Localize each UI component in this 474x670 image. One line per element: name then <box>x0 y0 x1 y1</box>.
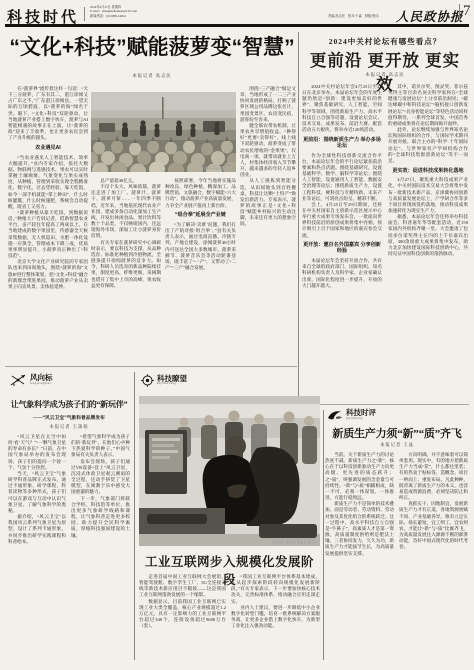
paragraph: 不仅个头大、风味浓郁，菠萝还走进了加工厂。菠萝汁、菠萝干、菠萝月饼……一年四季不… <box>91 184 161 239</box>
weather-headline: 让气象科学成为孩子们的“新玩伴” <box>7 399 131 410</box>
commentary-logo-subtitle: kejishiping <box>346 418 376 421</box>
weather-logo-subtitle: fengxiangbiao <box>30 383 53 386</box>
paragraph: 2024中关村论坛年会4月25日至29日在北京举办。本届论坛年会的年度主题仍然是… <box>302 84 382 133</box>
paragraph: “希望气象科学成为孩子们的‘新玩伴’，在他们心中种下热爱科学的种子。”中国气象局… <box>71 434 130 459</box>
paragraph: 此外，论坛继续加强与世界知名论坛和国际组织的合作，与国际学术期刊开展对接，联合主… <box>388 127 468 164</box>
industry-photo-caption: 观众在体验智能驾驶模拟舱 <box>273 539 317 544</box>
pineapple-column-4: 围绕“三产融合”做足文章，当地形成了一二三产业协同发展的格局，打响了菠萝区域公用… <box>240 86 296 364</box>
subheading: 农业遇见AI <box>8 145 88 151</box>
industry-photo-art <box>139 396 320 546</box>
forum-column-1: 2024中关村论坛年会4月25日至29日在北京举办。本届论坛年会的年度主题仍然是… <box>302 84 382 400</box>
commentary-column-2: 方向明确，并不意味着可以简单套用。现实中，有的地方把新质生产力当成“筐”，什么都… <box>399 452 468 660</box>
newspaper-page: 科技时代 2024年4月25日 星期四 E-mail：shengkezhouka… <box>0 0 474 670</box>
subheading: 更前沿：围绕新质生产力 举办多场论坛 <box>302 137 382 149</box>
header-rule <box>5 24 469 27</box>
pineapple-column-3: 按照部署，今年当地将实施品种改良、绿色种植、精深加工、品牌营销、文旅融合、数字赋… <box>165 178 236 364</box>
paragraph: 走进首届中国工业互联网大会展馆，智能驾驶舱、数字孪生工厂、5G全连接产线等新技术… <box>139 574 226 599</box>
commentary-section-logo: 科技时评 kejishiping <box>327 409 376 421</box>
paragraph: 当前，关于新质生产力的讨论热度不减。新质生产力之“新”，核心在于以科技创新驱动生… <box>325 452 394 501</box>
paragraph: 当天，“风云卫宝”气象研学科普品牌正式发布。通过卡通形象、研学课程、科普读物等多… <box>8 471 66 514</box>
subheading: 更实效：促进科技成果转化落地 <box>388 168 468 174</box>
bottom-vertical-rule-2 <box>323 410 324 660</box>
windvane-icon <box>10 373 27 387</box>
paragraph: 业内人士建议，要进一步降低中小企业数字化转型门槛，培育一批系统解决方案服务商，让… <box>231 605 320 630</box>
paragraph: “为了解决‘卖难’问题，我们打出了产销对接‘组合拳’。”县有关负责人表示，通过电… <box>165 222 236 271</box>
commentary-column-1: 当前，关于新质生产力的讨论热度不减。新质生产力之“新”，核心在于以科技创新驱动生… <box>325 452 394 660</box>
paragraph: 其中，诺贝尔奖、图灵奖、菲尔兹奖得主等百余名顶尖科学家将在“全球健康与发展论坛”… <box>388 84 468 127</box>
pineapple-column-1: 在“菠萝界”流传着这样一句话：“天下三分菠萝，广东有其二，湛江徐闻又占广东之半。… <box>8 86 88 364</box>
paragraph: 数据显示，目前我国工业互联网已实现工业大类全覆盖，核心产业规模超过1.2万亿元，… <box>139 599 226 630</box>
editors-line: 责编/高志民 校对/于淼 制版/张伟 <box>328 13 406 18</box>
forum-kicker: 2024中关村论坛有哪些看点？ <box>302 36 468 47</box>
forum-byline: 本报记者 高志民 <box>302 72 468 78</box>
subheading: 更开放：邀百名外国嘉宾 分享创新经验 <box>302 242 382 254</box>
paragraph: 据悉，本届论坛年会还将举办科技庙会、科普嘉年华等配套活动，近150家国内外机构齐… <box>388 214 468 257</box>
industry-section-logo: 科技瞭望 kejiliaowang <box>141 374 187 387</box>
paragraph: “当农业遇见人工智能技术，效率大幅提升。”业内专家介绍，依托大数据、物联网与遥感… <box>8 155 88 210</box>
commentary-logo-title: 科技时评 <box>346 409 376 417</box>
pagenum-divider <box>459 4 460 21</box>
telescope-icon <box>141 374 154 387</box>
pineapple-photo-caption: 果农在田间采收菠萝 <box>200 165 233 170</box>
industry-logo-title: 科技瞭望 <box>157 375 187 383</box>
paragraph: 4月27日，聚焦重大科技成果产业化，中关村国际技术交易大会将集中发布一批新技术新… <box>388 177 468 214</box>
bottom-vertical-rule-1 <box>134 372 135 660</box>
paragraph: 北京大学文化产业研究院的专家团队也来到田间地头，围绕“菠萝的海”文旅IP进行整体… <box>8 259 88 290</box>
paragraph: 发布会现场，孩子们通过VR设备“登上”风云卫星，沉浸式体验卫星观云测雨的全过程，… <box>71 459 130 496</box>
industry-photo: 观众在体验智能驾驶模拟舱 <box>139 396 320 546</box>
paragraph: 真抓实干、因地制宜，发展新质生产力才有正道。各地资源禀赋不同、产业基础各异，唯有… <box>399 501 468 550</box>
commentary-headline: 新质生产力须“新”“质”齐飞 <box>325 425 469 441</box>
weather-column-2: “希望气象科学成为孩子们的‘新玩伴’，在他们心中种下热爱科学的种子。”中国气象局… <box>71 434 130 658</box>
paragraph: 作为全球性科技创新交流合作平台，本届论坛年会的平行论坛紧扣前沿要素和热点话题。围… <box>302 153 382 202</box>
pineapple-headline: “文化+科技”赋能菠萝变“智慧” <box>8 31 296 61</box>
paragraph: 按照部署，今年当地将实施品种改良、绿色种植、精深加工、品牌营销、文旅融合、数字赋… <box>165 178 236 209</box>
commentary-byline: 本报记者 王晶 <box>325 442 469 448</box>
industry-column-2: “我国工业互联网平台体系基本建成，正从起步探索阶段转向规模化发展新阶段。”有关专… <box>231 574 320 660</box>
weather-byline: 本报记者 王菡娟 <box>8 424 130 430</box>
paragraph: “风云卫星在太空中如何‘看’天气？”“一颗气象卫星的寿命有多长？”日前，在中国气… <box>8 434 66 471</box>
left-horizontal-rule <box>5 366 297 367</box>
paragraph: 新质生产力不是简单的技术叠加，而是劳动者、劳动资料、劳动对象及其优化组合的系统跃… <box>325 501 394 556</box>
forum-column-2: 其中，诺贝尔奖、图灵奖、菲尔兹奖得主等百余名顶尖科学家将在“全球健康与发展论坛”… <box>388 84 468 400</box>
paragraph: 会上，4月25日至29日期间，还将在中关村国家自主创新示范区展示中心举行重大成果… <box>302 202 382 239</box>
industry-column-1: 走进首届中国工业互联网大会展馆，智能驾驶舱、数字孪生工厂、5G全连接产线等新技术… <box>139 574 226 660</box>
paragraph: 有关专家在菠萝研究中心调研时表示，要以科技为支撑，从品种选育、标准化种植到冷链物… <box>91 240 161 289</box>
main-vertical-rule <box>298 32 299 404</box>
subheading: “组合拳”延展全产业链 <box>165 212 236 218</box>
paragraph: 健全联农带农机制，让果农共享增值收益。“种得好”更要“卖得好”，线上线下双轮驱动… <box>240 123 296 178</box>
page-number: 7 <box>463 3 471 20</box>
header-info: 2024年4月25日 星期四 E-mail：shengkezhoukan@163… <box>90 5 250 18</box>
phone-line: 新闻热线：(010)88144064 <box>90 14 250 18</box>
header-divider <box>84 7 85 21</box>
paragraph: 下一步，气象部门将联合学校、科技馆等单位，推出更多气象研学线路和课程，让气象科普… <box>71 496 130 539</box>
weather-column-1: “风云卫星在太空中如何‘看’天气？”“一颗气象卫星的寿命有多长？”日前，在中国气… <box>8 434 66 658</box>
weather-logo-title: 风向标 <box>30 374 53 382</box>
weather-subtitle: ——“风云卫宝”气象科普品牌发布 <box>8 414 130 421</box>
paragraph: 围绕“三产融合”做足文章，当地形成了一二三产业协同发展的格局，打响了菠萝区域公用… <box>240 86 296 123</box>
paragraph: “我国工业互联网平台体系基本建成，正从起步探索阶段转向规模化发展新阶段。”有关专… <box>231 574 320 605</box>
right-horizontal-rule <box>302 404 469 405</box>
pineapple-photo: 果农在田间采收菠萝 <box>91 92 236 172</box>
industry-logo-subtitle: kejiliaowang <box>157 383 187 386</box>
pineapple-byline: 本报记者 高志民 <box>8 73 296 79</box>
commentary-icon <box>327 409 343 421</box>
paragraph: “菠萝种植从靠天吃饭，到数据说话。”种植大户告诉记者，借助智慧农业平台，亩产较往… <box>8 210 88 259</box>
paragraph: 在“菠萝界”流传着这样一句话：“天下三分菠萝，广东有其二，湛江徐闻又占广东之半。… <box>8 86 88 141</box>
paragraph: 据介绍，“风云卫宝”以我国风云系列气象卫星为原型，设计了系列卡通形象，并同步推出… <box>8 514 66 545</box>
weather-section-logo: 风向标 fengxiangbiao <box>10 373 53 387</box>
pineapple-photo-art <box>91 92 236 172</box>
paragraph: 方向明确，并不意味着可以简单套用。现实中，有的地方把新质生产力当成“筐”，什么都… <box>399 452 468 501</box>
paragraph: 本届论坛年会坚持开放合作，共有来自全球的政府部门、国际组织、知名科研机构负责人及… <box>302 258 382 289</box>
masthead: 人民政协报 <box>396 7 464 25</box>
paragraph: 从人工挑拣到智能分选，从田间地头到百姓餐桌，科技让这颗“土特产”焕发出新活力。专… <box>240 178 296 227</box>
pineapple-column-2: 总产值超40亿元。不仅个头大、风味浓郁，菠萝还走进了加工厂。菠萝汁、菠萝干、菠萝… <box>91 178 161 364</box>
